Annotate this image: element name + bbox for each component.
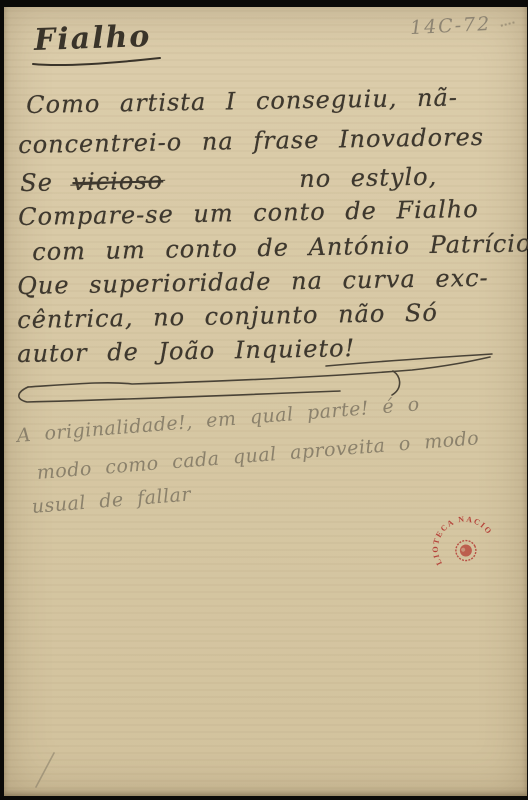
stamp-emblem (452, 537, 479, 564)
ink-line-5: com um conto de António Patrício, (32, 229, 528, 266)
pencil-tick-marks (501, 21, 516, 29)
library-stamp-text: BIBLIOTECA NACIONAL (410, 493, 496, 572)
ink-line-4: Compare-se um conto de Fialho (18, 195, 479, 231)
ink-line-1: Como artista I conseguiu, nã- (26, 83, 458, 119)
struck-word: vicioso (72, 167, 163, 197)
ink-line-3-pre: Se (20, 168, 53, 197)
page-title: Fialho (33, 19, 152, 58)
pencil-line-3: usual de fallar (31, 483, 192, 517)
divider-flourish (4, 347, 527, 411)
ink-line-7: cêntrica, no conjunto não Só (17, 299, 438, 334)
title-underline (30, 55, 164, 69)
pencil-slash-mark (28, 745, 68, 793)
ink-line-3-right: no estylo, (299, 163, 437, 193)
scanned-page: 14C-72 Fialho Como artista I conseguiu, … (0, 0, 528, 800)
manuscript-paper: 14C-72 Fialho Como artista I conseguiu, … (4, 7, 527, 796)
catalog-number: 14C-72 (409, 13, 491, 39)
library-stamp: BIBLIOTECA NACIONAL (410, 493, 518, 601)
ink-line-3-left: Se vicioso (20, 167, 163, 197)
ink-line-2: concentrei-o na frase Inovadores (18, 123, 484, 159)
ink-line-6: Que superioridade na curva exc- (17, 264, 489, 300)
